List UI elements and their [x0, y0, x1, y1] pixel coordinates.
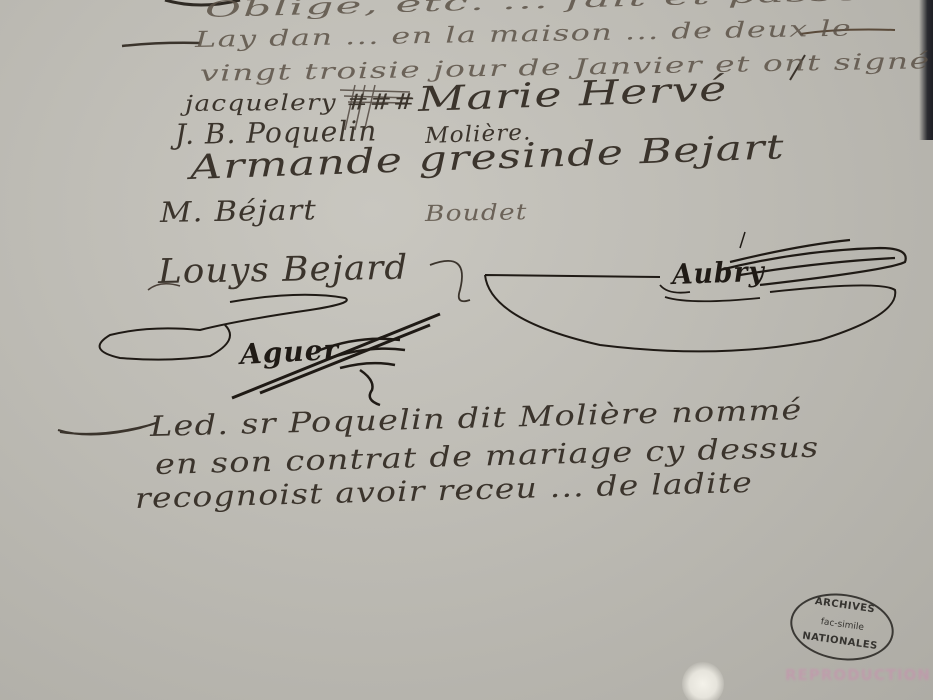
archives-nationales-stamp: ARCHIVES fac-simile NATIONALES: [786, 587, 898, 667]
signature-boudet: Boudet: [425, 200, 528, 227]
manuscript-photo: Obligé, etc. ... fait et passé ... Lay d…: [0, 0, 933, 700]
signature-louis-bejard: Louys Bejard: [158, 248, 409, 292]
text-line-4: jacquelery ###: [185, 90, 417, 117]
signature-aguer: Aguer: [239, 333, 340, 371]
signature-aubry-paraph: Aubry: [671, 255, 765, 291]
signature-m-bejart: M. Béjart: [160, 193, 317, 229]
text-line-2: Lay dan ... en la maison ... de deux le: [195, 17, 853, 53]
light-glare: [682, 662, 724, 700]
stamp-top-text: ARCHIVES: [795, 593, 896, 618]
pink-reproduction-stamp: REPRODUCTION INTERDITE: [785, 666, 933, 684]
